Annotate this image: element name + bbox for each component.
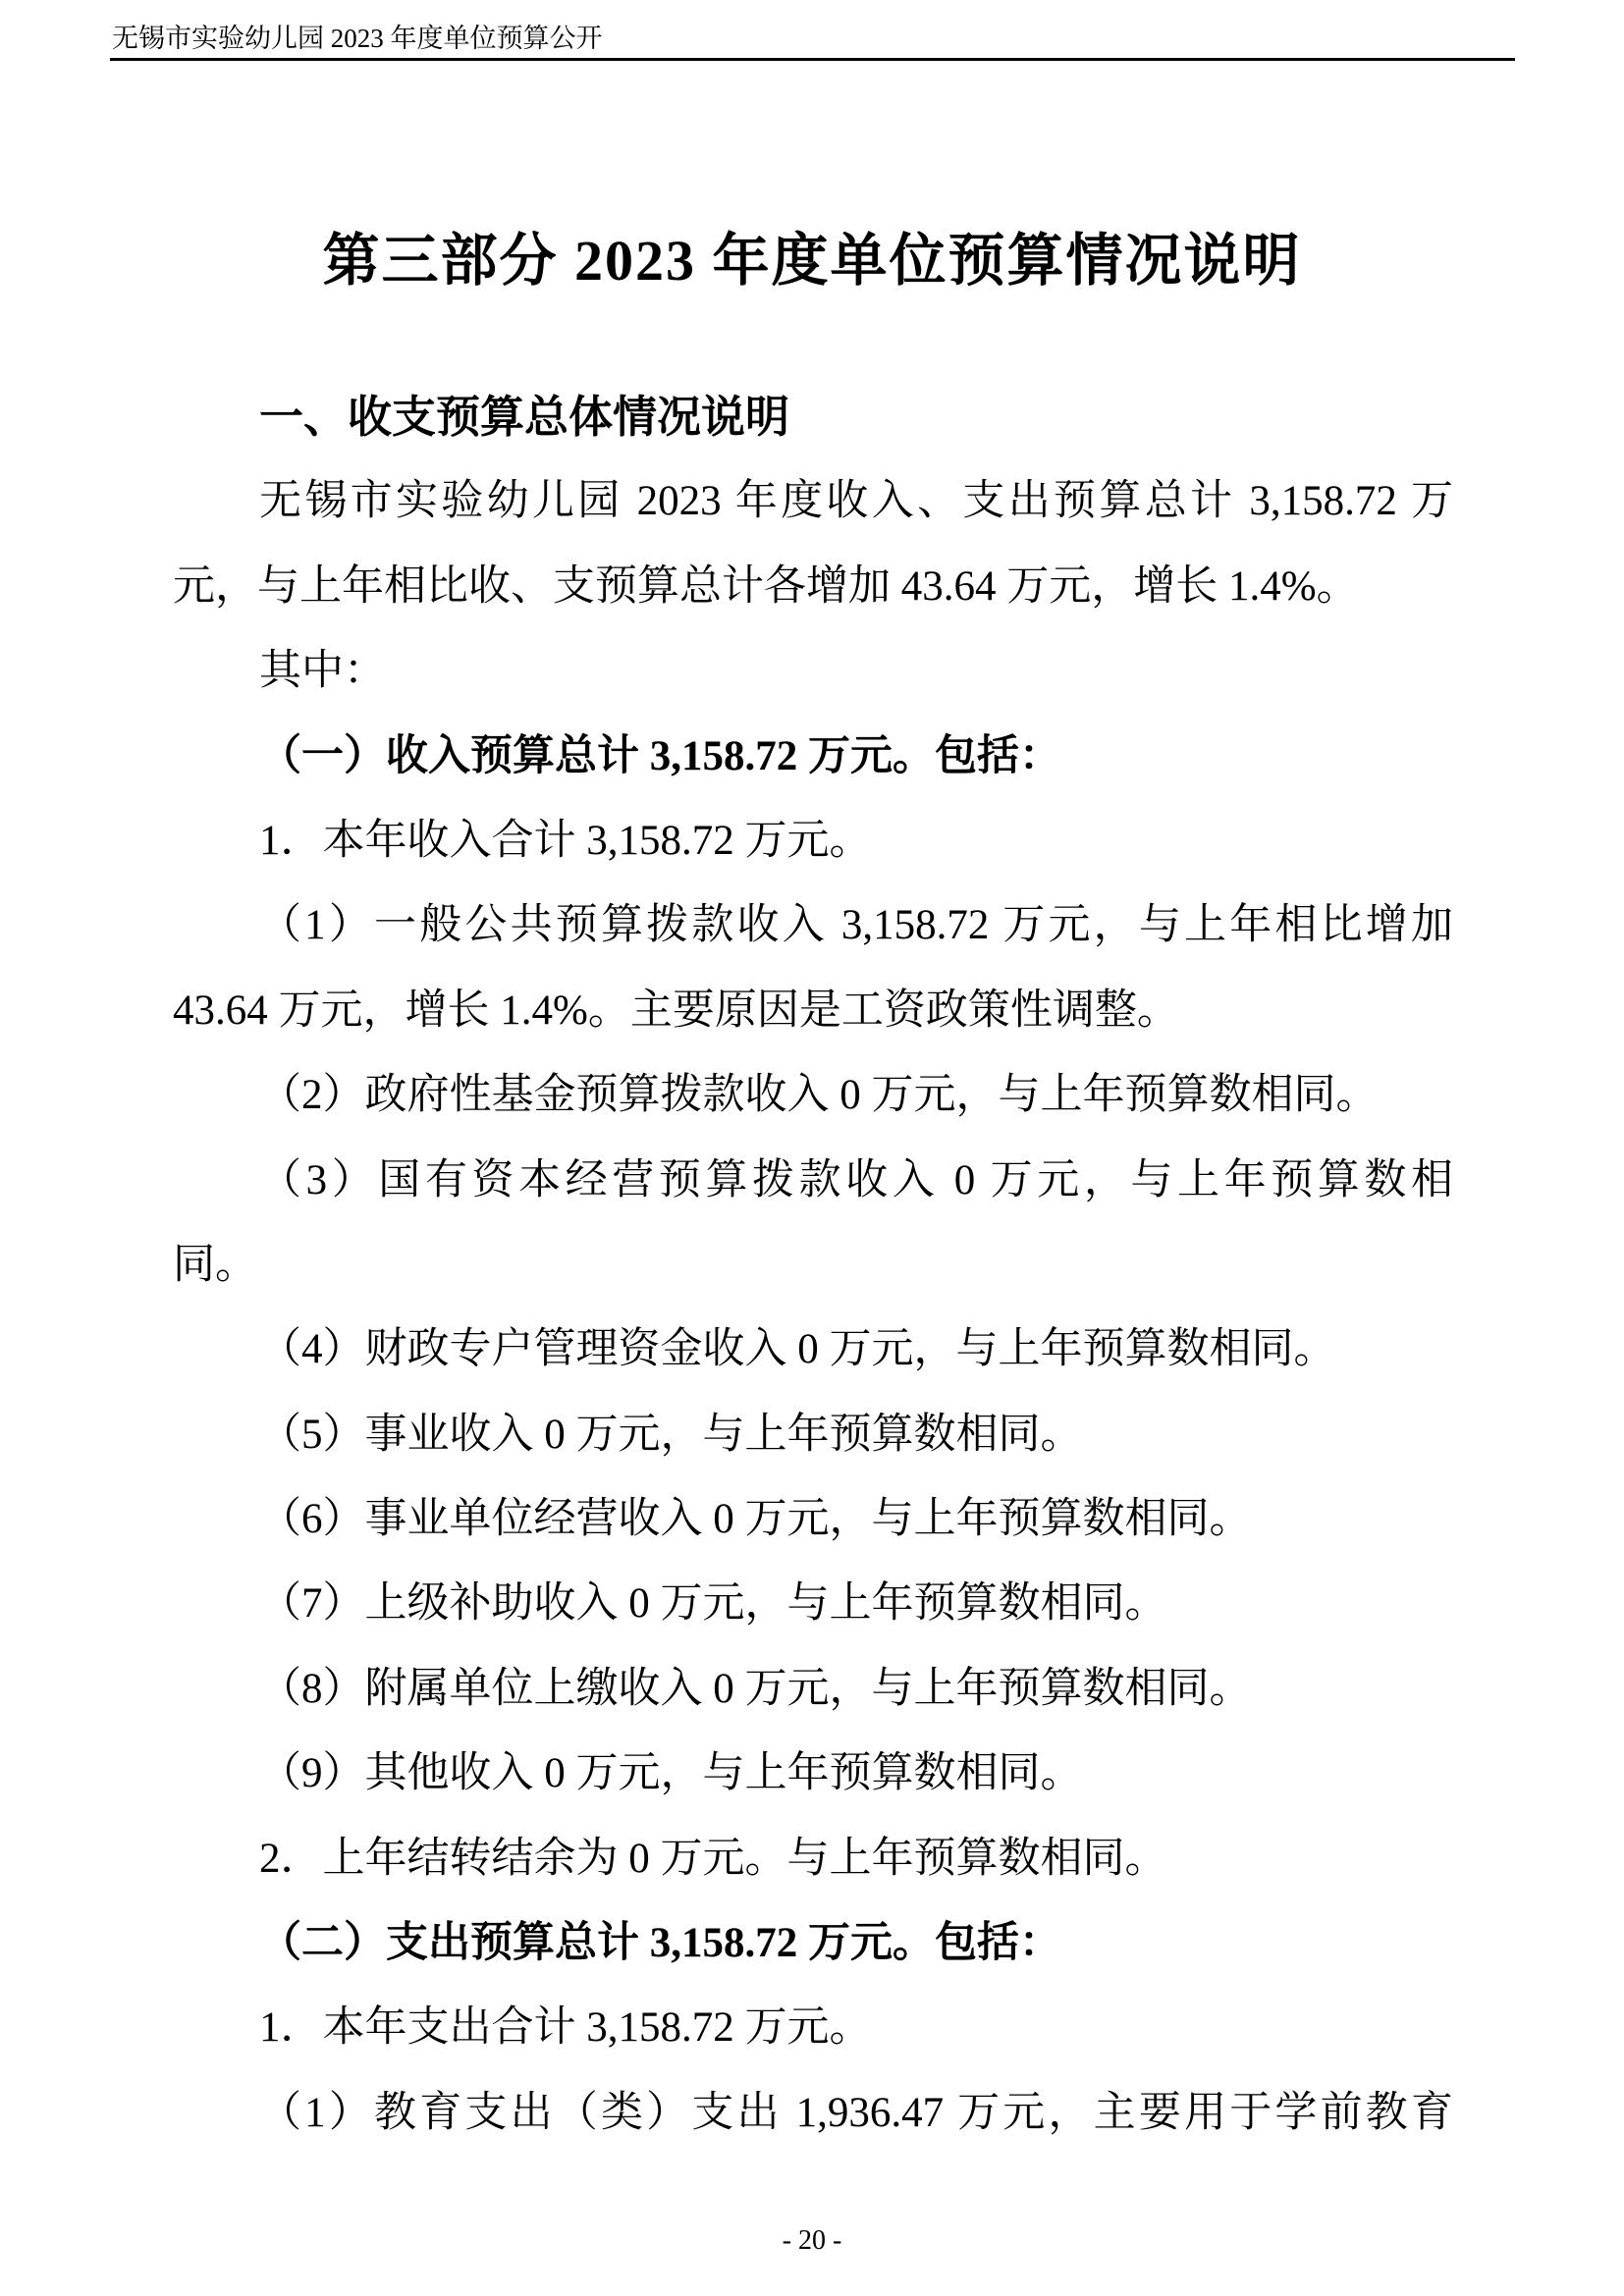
text-line: （1）一般公共预算拨款收入 3,158.72 万元，与上年相比增加 bbox=[173, 883, 1453, 968]
text-line: 1．本年支出合计 3,158.72 万元。 bbox=[173, 1986, 1453, 2070]
text-line: 2．上年结转结余为 0 万元。与上年预算数相同。 bbox=[173, 1817, 1453, 1901]
page-header: 无锡市实验幼儿园 2023 年度单位预算公开 bbox=[112, 22, 1516, 55]
header-text: 无锡市实验幼儿园 2023 年度单位预算公开 bbox=[112, 24, 603, 53]
page-number: - 20 - bbox=[783, 2225, 842, 2256]
text-line: （4）财政专户管理资金收入 0 万元，与上年预算数相同。 bbox=[173, 1308, 1453, 1392]
text-line: （8）附属单位上缴收入 0 万元，与上年预算数相同。 bbox=[173, 1647, 1453, 1732]
text-line: 同。 bbox=[173, 1223, 1453, 1308]
text-line: 元，与上年相比收、支预算总计各增加 43.64 万元，增长 1.4%。 bbox=[173, 545, 1453, 629]
header-rule bbox=[110, 58, 1515, 61]
text-line: 无锡市实验幼儿园 2023 年度收入、支出预算总计 3,158.72 万 bbox=[173, 459, 1453, 544]
subsection-heading: （一）收入预算总计 3,158.72 万元。包括： bbox=[173, 715, 1453, 799]
page-footer: - 20 - bbox=[0, 2224, 1624, 2258]
text-line: （2）政府性基金预算拨款收入 0 万元，与上年预算数相同。 bbox=[173, 1053, 1453, 1138]
text-line: （9）其他收入 0 万元，与上年预算数相同。 bbox=[173, 1732, 1453, 1816]
document-title: 第三部分 2023 年度单位预算情况说明 bbox=[0, 224, 1624, 298]
document-body: 一、收支预算总体情况说明无锡市实验幼儿园 2023 年度收入、支出预算总计 3,… bbox=[173, 375, 1453, 2156]
text-line: （5）事业收入 0 万元，与上年预算数相同。 bbox=[173, 1393, 1453, 1477]
text-line: （3）国有资本经营预算拨款收入 0 万元，与上年预算数相 bbox=[173, 1139, 1453, 1223]
text-line: 43.64 万元，增长 1.4%。主要原因是工资政策性调整。 bbox=[173, 969, 1453, 1053]
text-line: （1）教育支出（类）支出 1,936.47 万元，主要用于学前教育 bbox=[173, 2071, 1453, 2156]
document-page: 无锡市实验幼儿园 2023 年度单位预算公开 第三部分 2023 年度单位预算情… bbox=[0, 0, 1624, 2296]
section-heading: 一、收支预算总体情况说明 bbox=[173, 375, 1453, 459]
text-line: （6）事业单位经营收入 0 万元，与上年预算数相同。 bbox=[173, 1477, 1453, 1562]
subsection-heading: （二）支出预算总计 3,158.72 万元。包括： bbox=[173, 1901, 1453, 1986]
text-line: 其中： bbox=[173, 629, 1453, 714]
text-line: （7）上级补助收入 0 万元，与上年预算数相同。 bbox=[173, 1562, 1453, 1646]
text-line: 1．本年收入合计 3,158.72 万元。 bbox=[173, 799, 1453, 883]
